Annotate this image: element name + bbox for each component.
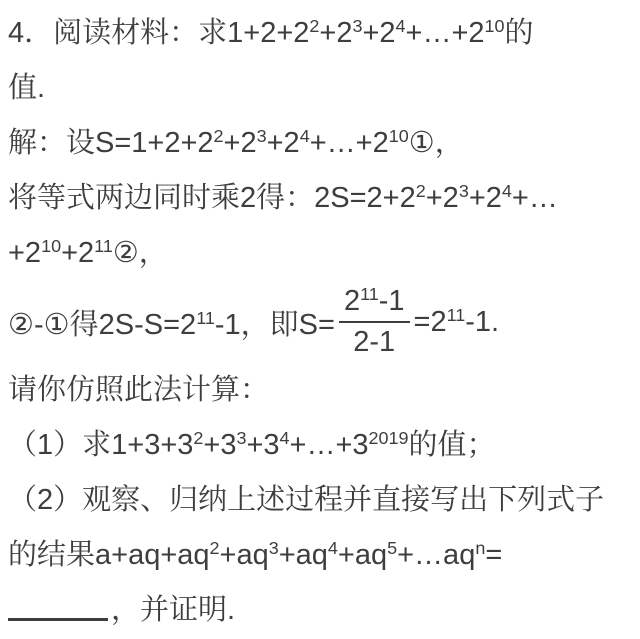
answer-blank-suffix: ，并证明. <box>111 594 235 626</box>
problem-statement-line-2: 值. <box>8 61 632 116</box>
answer-blank-line: ，并证明. <box>8 583 632 638</box>
solution-conclusion-line: ②-①得2S-S=211-1，即S= 211-1 2-1 =211-1. <box>8 281 632 363</box>
problem-statement-line-1: 4．阅读材料：求1+2+22+23+24+…+210的 <box>8 6 632 61</box>
solution-step-multiply-line-2: +210+211②， <box>8 226 632 281</box>
answer-blank <box>8 618 108 621</box>
solution-conclusion-before: ②-①得2S-S=211-1，即S= <box>8 302 335 343</box>
fraction-numerator: 211-1 <box>339 285 410 323</box>
solution-conclusion-after: =211-1. <box>414 306 500 339</box>
question-2-line-2: 的结果a+aq+aq2+aq3+aq4+aq5+…aqn= <box>8 528 632 583</box>
instruction-line: 请你仿照此法计算： <box>8 363 632 418</box>
question-1: （1）求1+3+32+33+34+…+32019的值； <box>8 418 632 473</box>
fraction-denominator: 2-1 <box>353 323 395 359</box>
math-problem-page: 4．阅读材料：求1+2+22+23+24+…+210的 值. 解：设S=1+2+… <box>0 0 640 639</box>
solution-step-setup: 解：设S=1+2+22+23+24+…+210①， <box>8 116 632 171</box>
question-2-line-1: （2）观察、归纳上述过程并直接写出下列式子 <box>8 473 632 528</box>
fraction: 211-1 2-1 <box>339 285 410 360</box>
solution-step-multiply-line-1: 将等式两边同时乘2得：2S=2+22+23+24+… <box>8 171 632 226</box>
